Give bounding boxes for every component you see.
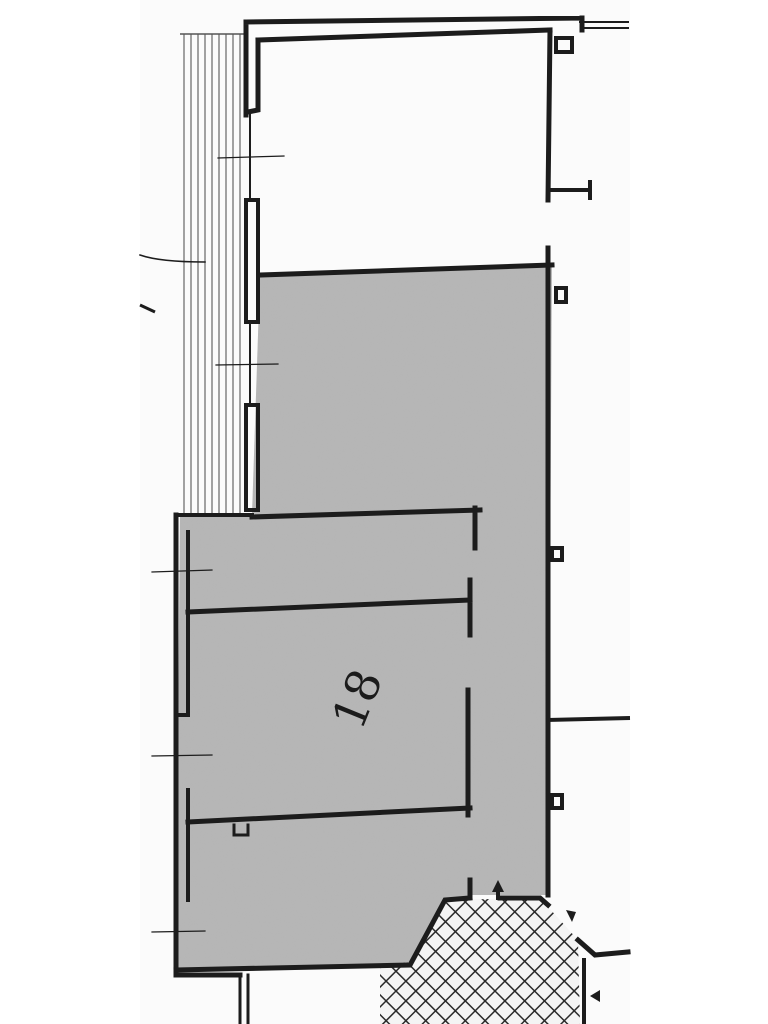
floor-plan [0, 0, 768, 1024]
balcony-strip [180, 34, 244, 514]
